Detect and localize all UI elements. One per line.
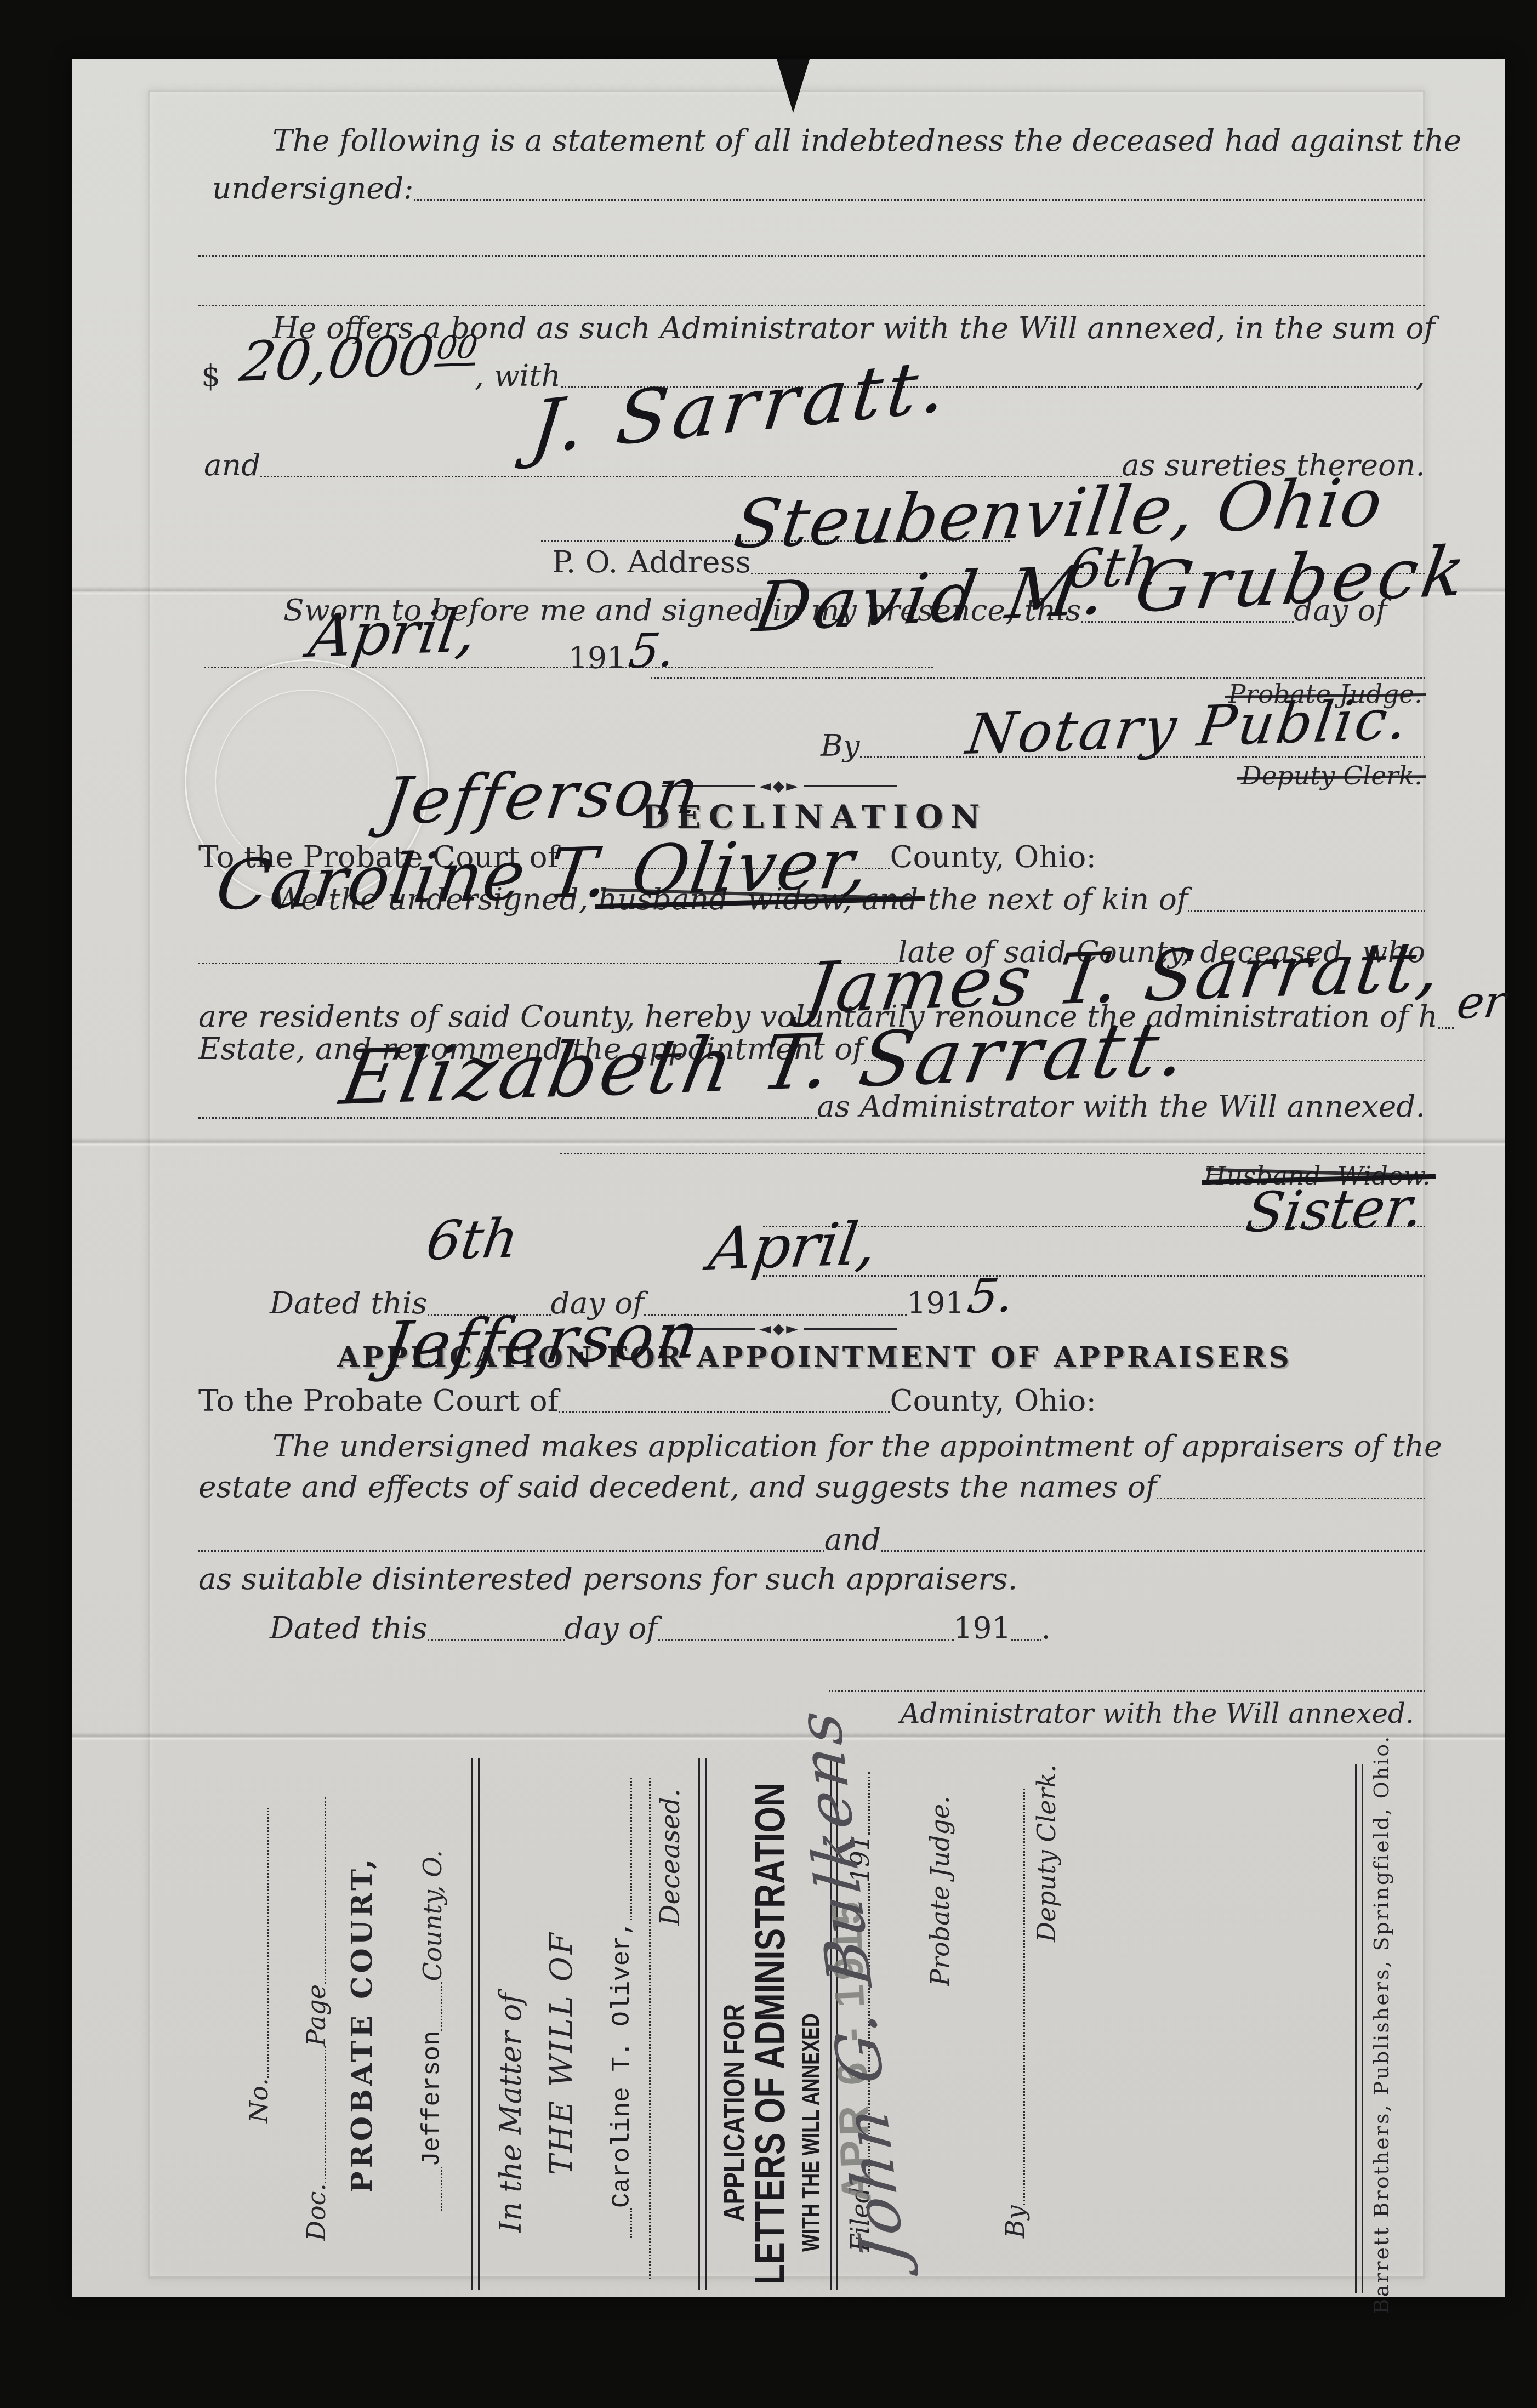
bond-amount-handwritten: 20,000 xyxy=(237,328,437,390)
docket-deceased-line: Deceased. xyxy=(656,1745,685,2304)
dotted-rule xyxy=(868,1772,870,1835)
dotted-rule xyxy=(860,756,1426,758)
administrator-label: Administrator with the Will annexed. xyxy=(900,1698,1414,1729)
ornament-line xyxy=(804,785,897,787)
fold-crease xyxy=(72,1138,1505,1147)
docket-will-of-line: THE WILL OF xyxy=(545,1745,579,2304)
dotted-rule xyxy=(630,2208,632,2238)
dotted-rule xyxy=(881,1550,1425,1552)
ornament-line xyxy=(804,1328,897,1330)
appraisers-line-2: estate and effects of said decedent, and… xyxy=(198,1470,1425,1504)
dotted-rule xyxy=(658,1639,954,1641)
declination-county-handwritten: Jefferson xyxy=(379,758,705,834)
dated-year-handwritten: 5. xyxy=(965,1272,1017,1320)
docket-letters-title: LETTERS OF ADMINISTRATION xyxy=(748,1745,793,2304)
dotted-rule xyxy=(441,2167,442,2211)
blank-write-line xyxy=(198,305,1425,306)
double-rule xyxy=(471,1758,480,2290)
bond-cents-handwritten: 00 xyxy=(434,331,480,367)
appraisers-line-1: The undersigned makes application for th… xyxy=(272,1430,1442,1464)
signature-line xyxy=(560,1153,1425,1154)
dotted-rule xyxy=(428,1639,565,1641)
dotted-rule xyxy=(325,1797,326,1984)
dotted-rule xyxy=(198,1117,817,1119)
dotted-rule xyxy=(414,199,1425,201)
dotted-rule xyxy=(559,1411,890,1413)
signature-line xyxy=(829,1690,1425,1692)
signature-line xyxy=(651,677,1425,679)
docket-doc-page-line: Doc. Page xyxy=(303,1745,331,2304)
relation-handwritten: Sister. xyxy=(1243,1180,1427,1240)
appraisers-dated-line: Dated this day of 191 . xyxy=(270,1612,1004,1646)
docket-county-typed: Jefferson xyxy=(419,2031,447,2167)
scanned-document: The following is a statement of all inde… xyxy=(0,0,1537,2408)
docket-rotated-content: No. Doc. Page PROBATE COURT, Jefferson C… xyxy=(237,1745,1421,2304)
docket-decedent-line: Caroline T. Oliver, xyxy=(608,1745,636,2304)
by-line: By xyxy=(821,729,1425,763)
docket-deputy-clerk-label: Deputy Clerk. xyxy=(1033,1745,1061,2304)
dotted-rule xyxy=(198,963,898,964)
dated-day-handwritten: 6th xyxy=(423,1211,522,1268)
sworn-year: 191 5. xyxy=(568,628,671,675)
dotted-rule xyxy=(649,1778,651,2279)
deputy-clerk-label-struck: Deputy Clerk. xyxy=(1241,762,1422,791)
dotted-rule xyxy=(1438,1027,1454,1029)
sworn-month-handwritten: April, xyxy=(305,602,480,667)
docket-court-title: PROBATE COURT, xyxy=(346,1745,378,2304)
dotted-rule xyxy=(441,1982,442,2031)
fold-notch xyxy=(777,59,810,113)
dotted-rule xyxy=(325,2046,326,2183)
docket-publisher-line: Barrett Brothers, Publishers, Springfiel… xyxy=(1369,1745,1393,2304)
dotted-rule xyxy=(267,1808,269,2078)
diamond-arrow-icon: ◄◆► xyxy=(755,778,804,794)
docket-probate-judge-label: Probate Judge. xyxy=(926,1745,954,2304)
docket-by-line: By xyxy=(1001,1745,1029,2304)
her-handwritten: er xyxy=(1454,980,1509,1026)
double-rule xyxy=(1355,1764,1363,2293)
appraisers-county-handwritten: Jefferson xyxy=(379,1302,705,1378)
statement-undersigned-line: undersigned: xyxy=(212,172,1425,206)
dollar-sign: $ xyxy=(201,359,220,393)
sworn-year-handwritten: 5. xyxy=(626,627,678,675)
appraisers-and-line: and xyxy=(198,1523,1425,1557)
dotted-rule xyxy=(198,1550,824,1552)
document-page: The following is a statement of all inde… xyxy=(72,59,1505,2297)
diamond-arrow-icon: ◄◆► xyxy=(755,1321,804,1336)
dotted-rule xyxy=(1011,1639,1041,1641)
dotted-rule xyxy=(1023,1789,1025,2205)
docket-county-line: Jefferson County, O. xyxy=(419,1745,447,2304)
appraisers-line-3: as suitable disinterested persons for su… xyxy=(198,1562,1017,1596)
double-rule xyxy=(698,1758,707,2290)
dated-month-handwritten: April, xyxy=(705,1215,880,1279)
docket-panel: No. Doc. Page PROBATE COURT, Jefferson C… xyxy=(237,1745,1421,2304)
dotted-rule xyxy=(1188,910,1425,912)
dotted-rule xyxy=(1157,1498,1425,1499)
dotted-rule xyxy=(630,1778,632,1921)
blank-write-line xyxy=(198,255,1425,257)
statement-line-1: The following is a statement of all inde… xyxy=(272,124,1461,158)
docket-matter-line: In the Matter of xyxy=(494,1745,527,2304)
docket-decedent-typed: Caroline T. Oliver, xyxy=(608,1921,636,2208)
appraisers-court-line: To the Probate Court of County, Ohio: xyxy=(198,1384,1096,1418)
docket-no-line: No. xyxy=(245,1745,273,2304)
